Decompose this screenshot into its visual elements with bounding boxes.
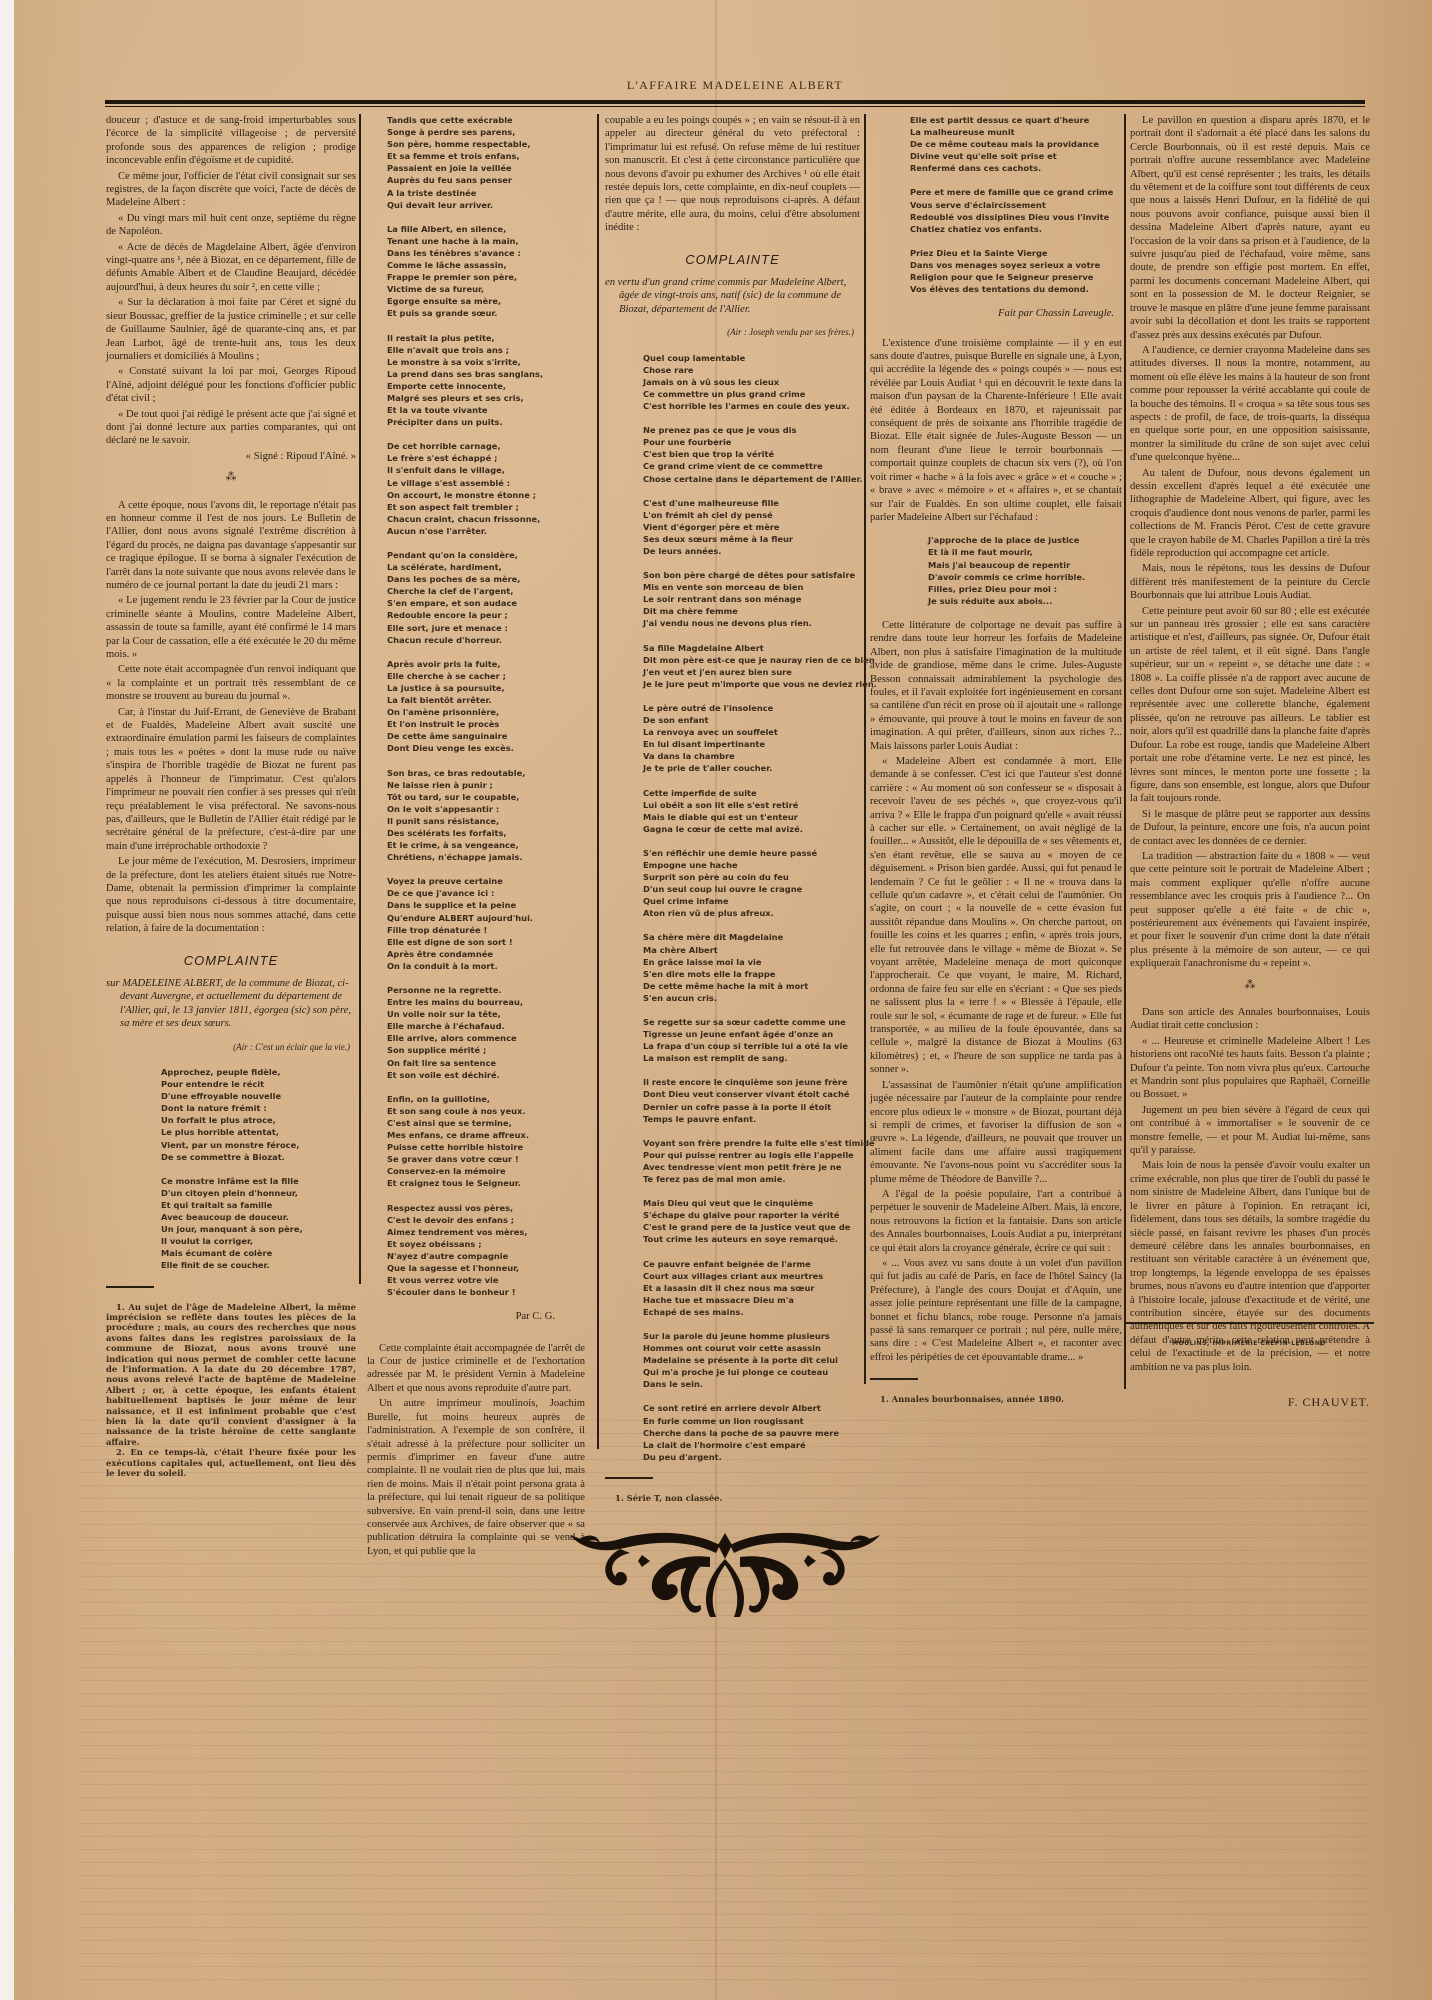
verse-line: Il reste encore le cinquième son jeune f…	[643, 1076, 860, 1088]
bleed-through-text	[80, 1420, 1370, 1980]
paragraph: Cette complainte était accompagnée de l'…	[367, 1342, 585, 1396]
verse-line: En grâce laisse moi la vie	[643, 956, 860, 968]
verse-line: Se regette sur sa sœur cadette comme une	[643, 1016, 860, 1028]
verse-line: Je te prie de t'aller coucher.	[643, 762, 860, 774]
paragraph: Le jour même de l'exécution, M. Desrosie…	[106, 855, 356, 935]
stanza: Il reste encore le cinquième son jeune f…	[643, 1076, 860, 1124]
verse-line: De leurs années.	[643, 545, 860, 557]
verse-line: Son bras, ce bras redoutable,	[387, 767, 585, 779]
verse-line: Le frère s'est échappé ;	[387, 452, 585, 464]
column-5: Le pavillon en question a disparu après …	[1130, 114, 1370, 1409]
verse-line: Hache tue et massacre Dieu m'a	[643, 1294, 860, 1306]
verse-line: Frappe le premier son père,	[387, 271, 585, 283]
verse-line: C'est le devoir des enfans ;	[387, 1214, 585, 1226]
verse-line: Le soir rentrant dans son ménage	[643, 593, 860, 605]
verse-line: N'ayez d'autre compagnie	[387, 1250, 585, 1262]
paragraph: A l'audience, ce dernier crayonna Madele…	[1130, 344, 1370, 465]
stanza: Sa chère mère dit MagdelaineMa chère Alb…	[643, 931, 860, 1004]
verse-line: Son père, homme respectable,	[387, 138, 585, 150]
section-break-dinkus: ⁂	[1130, 979, 1370, 992]
verse-line: S'échape du glaive pour raporter la véri…	[643, 1209, 860, 1221]
col5-paragraphs: Le pavillon en question a disparu après …	[1130, 114, 1370, 971]
verse-line: De cette âme sanguinaire	[387, 730, 585, 742]
verse-line: Madelaine se présente à la porte dit cel…	[643, 1354, 860, 1366]
verse-line: Auprès du feu sans penser	[387, 174, 585, 186]
verse-line: Religion pour que le Seigneur preserve	[910, 271, 1122, 283]
verse-line: C'est le grand pere de la justice veut q…	[643, 1221, 860, 1233]
col3-paragraphs: coupable a eu les poings coupés » ; en v…	[605, 114, 860, 235]
verse-line: Redouble encore la peur ;	[387, 609, 585, 621]
scan-margin	[0, 0, 14, 2000]
verse-line: Le plus horrible attentat,	[161, 1126, 356, 1138]
verse-line: Gagna le cœur de cette mal avizé.	[643, 823, 860, 835]
verse-line: Mais Dieu qui veut que le cinquième	[643, 1197, 860, 1209]
verse-line: Le village s'est assemblé :	[387, 477, 585, 489]
verse-line: Des scélérats les forfaits,	[387, 827, 585, 839]
col1-poem: Approchez, peuple fidèle,Pour entendre l…	[106, 1066, 356, 1272]
verse-line: Elle est digne de son sort !	[387, 936, 585, 948]
stanza: Se regette sur sa sœur cadette comme une…	[643, 1016, 860, 1064]
paragraph: Le pavillon en question a disparu après …	[1130, 114, 1370, 342]
verse-line: Chacun craint, chacun frissonne,	[387, 513, 585, 525]
verse-line: Fille trop dénaturée !	[387, 924, 585, 936]
footnote-rule	[870, 1378, 918, 1380]
paragraph: 1. Série T, non classée.	[605, 1493, 860, 1503]
verse-line: Un forfait le plus atroce,	[161, 1114, 356, 1126]
column-rule	[597, 114, 599, 1449]
verse-line: Aton rien vû de plus afreux.	[643, 907, 860, 919]
paragraph: Ce même jour, l'officier de l'état civil…	[106, 170, 356, 210]
verse-line: Et là il me faut mourir,	[928, 546, 1122, 558]
stanza: La fille Albert, en silence,Tenant une h…	[387, 223, 585, 320]
verse-line: Dit mon père est-ce que je nauray rien d…	[643, 654, 860, 666]
verse-line: Ce sont retiré en arriere devoir Albert	[643, 1402, 860, 1414]
verse-line: En furie comme un lion rougissant	[643, 1415, 860, 1427]
verse-line: C'est ainsi que se termine,	[387, 1117, 585, 1129]
verse-line: Qu'endure ALBERT aujourd'hui.	[387, 912, 585, 924]
verse-line: Echapé de ses mains.	[643, 1306, 860, 1318]
verse-line: De cet horrible carnage,	[387, 440, 585, 452]
stanza: Ce sont retiré en arriere devoir AlbertE…	[643, 1402, 860, 1462]
verse-line: Que la sagesse et l'honneur,	[387, 1262, 585, 1274]
col5-paragraphs-2: Dans son article des Annales bourbonnais…	[1130, 1006, 1370, 1374]
verse-line: Jamais on à vû sous les cieux	[643, 376, 860, 388]
verse-line: Dont Dieu veut conserver vivant étoit ca…	[643, 1088, 860, 1100]
complainte-subtitle: en vertu d'un grand crime commis par Mad…	[605, 276, 860, 316]
running-header: L'AFFAIRE MADELEINE ALBERT	[105, 78, 1365, 108]
verse-line: Personne ne la regrette.	[387, 984, 585, 996]
complainte-subtitle: sur MADELEINE ALBERT, de la commune de B…	[106, 977, 356, 1031]
paragraph: Cette littérature de colportage ne devai…	[870, 619, 1122, 753]
paragraph: « Du vingt mars mil huit cent onze, sept…	[106, 212, 356, 239]
verse-line: J'en veut et j'en aurez bien sure	[643, 666, 860, 678]
verse-line: S'en réfléchir une demie heure passé	[643, 847, 860, 859]
verse-line: Et craignez tous le Seigneur.	[387, 1177, 585, 1189]
verse-line: Pour une fourberie	[643, 436, 860, 448]
verse-line: Pour entendre le récit	[161, 1078, 356, 1090]
verse-line: Mis en vente son morceau de bien	[643, 581, 860, 593]
col2-paragraphs: Cette complainte était accompagnée de l'…	[367, 1342, 585, 1559]
verse-line: Mes enfans, ce drame affreux.	[387, 1129, 585, 1141]
stanza: Pere et mere de famille que ce grand cri…	[910, 186, 1122, 234]
verse-line: Il restait la plus petite,	[387, 332, 585, 344]
paragraph: « Sur la déclaration à moi faite par Cér…	[106, 296, 356, 363]
paragraph: Si le masque de plâtre peut se rapporter…	[1130, 808, 1370, 848]
civil-record-signature: « Signé : Ripoud l'Aîné. »	[106, 450, 356, 463]
verse-line: La prend dans ses bras sanglans,	[387, 368, 585, 380]
verse-line: Je le jure peut m'importe que vous ne de…	[643, 678, 860, 690]
col2-poem: Tandis que cette exécrableSonge à perdre…	[367, 114, 585, 1298]
stanza: Il restait la plus petite,Elle n'avait q…	[387, 332, 585, 429]
verse-line: Et qui traitait sa famille	[161, 1199, 356, 1211]
col1-paragraphs: douceur ; d'astuce et de sang-froid impe…	[106, 114, 356, 448]
verse-line: L'on frémit ah ciel dy pensé	[643, 509, 860, 521]
col1-footnotes: 1. Au sujet de l'âge de Madeleine Albert…	[106, 1302, 356, 1479]
paragraph: « Madeleine Albert est condamnée à mort.…	[870, 755, 1122, 1077]
verse-line: Elle marche à l'échafaud.	[387, 1020, 585, 1032]
paragraph: A l'égal de la poésie populaire, l'art a…	[870, 1188, 1122, 1255]
verse-line: Après avoir pris la fuite,	[387, 658, 585, 670]
verse-line: Vos élèves des tentations du demond.	[910, 283, 1122, 295]
verse-line: Elle n'avait que trois ans ;	[387, 344, 585, 356]
col1-paragraphs-2: A cette époque, nous l'avons dit, le rep…	[106, 499, 356, 936]
verse-line: Et a lasasin dit il chez nous ma sœur	[643, 1282, 860, 1294]
author-signature: F. CHAUVET.	[1130, 1396, 1370, 1409]
paragraph: L'existence d'une troisième complainte —…	[870, 337, 1122, 525]
verse-line: Empogne une hache	[643, 859, 860, 871]
paragraph: « Acte de décès de Magdelaine Albert, âg…	[106, 241, 356, 295]
verse-line: Pere et mere de famille que ce grand cri…	[910, 186, 1122, 198]
header-rule	[105, 100, 1365, 104]
verse-line: Renfermé dans ces cachots.	[910, 162, 1122, 174]
verse-line: Cherche la clef de l'argent,	[387, 585, 585, 597]
verse-line: Son supplice mérité ;	[387, 1044, 585, 1056]
verse-line: Il voulut la corriger,	[161, 1235, 356, 1247]
col3-poem: Quel coup lamentableChose rareJamais on …	[605, 352, 860, 1463]
verse-line: Ce commettre un plus grand crime	[643, 388, 860, 400]
verse-line: Victime de sa fureur,	[387, 283, 585, 295]
verse-line: Et soyez obéissans ;	[387, 1238, 585, 1250]
verse-line: D'un citoyen plein d'honneur,	[161, 1187, 356, 1199]
paragraph: « ... Vous avez vu sans doute à un volet…	[870, 1257, 1122, 1364]
verse-line: On l'amène prisonnière,	[387, 706, 585, 718]
verse-line: S'en empare, et son audace	[387, 597, 585, 609]
verse-line: Comme le lâche assassin,	[387, 259, 585, 271]
verse-line: Pendant qu'on la considère,	[387, 549, 585, 561]
fleuron-ornament-icon	[560, 1525, 890, 1625]
verse-line: Sur la parole du jeune homme plusieurs	[643, 1330, 860, 1342]
verse-line: Elle finit de se coucher.	[161, 1259, 356, 1271]
verse-line: De se commettre à Biozat.	[161, 1151, 356, 1163]
verse-line: De son enfant	[643, 714, 860, 726]
column-3: coupable a eu les poings coupés » ; en v…	[605, 114, 860, 1503]
verse-line: Chose rare	[643, 364, 860, 376]
verse-line: Ne prenez pas ce que je vous dis	[643, 424, 860, 436]
col3-footnotes: 1. Série T, non classée.	[605, 1493, 860, 1503]
verse-line: J'ai vendu nous ne devons plus rien.	[643, 617, 860, 629]
verse-line: Ce pauvre enfant beignée de l'arme	[643, 1258, 860, 1270]
verse-line: Enfin, on la guillotine,	[387, 1093, 585, 1105]
stanza: Voyez la preuve certaineDe ce que j'avan…	[387, 875, 585, 972]
stanza: Son bon père chargé de dêtes pour satisf…	[643, 569, 860, 629]
verse-line: Et la va toute vivante	[387, 404, 585, 416]
paragraph: coupable a eu les poings coupés » ; en v…	[605, 114, 860, 235]
verse-line: Un jour, manquant à son père,	[161, 1223, 356, 1235]
col4-paragraphs-2: Cette littérature de colportage ne devai…	[870, 619, 1122, 1364]
stanza: Voyant son frère prendre la fuite elle s…	[643, 1137, 860, 1185]
column-rule	[864, 114, 866, 1384]
column-rule	[359, 114, 361, 1284]
verse-line: Ce monstre infâme est la fille	[161, 1175, 356, 1187]
verse-line: Cette imperfide de suite	[643, 787, 860, 799]
stanza: Ce pauvre enfant beignée de l'armeCourt …	[643, 1258, 860, 1318]
verse-line: Vient d'égorger père et mère	[643, 521, 860, 533]
stanza: Personne ne la regrette.Entre les mains …	[387, 984, 585, 1081]
stanza: Enfin, on la guillotine,Et son sang coul…	[387, 1093, 585, 1190]
verse-line: S'écouler dans le bonheur !	[387, 1286, 585, 1298]
verse-line: Et son voile est déchiré.	[387, 1069, 585, 1081]
stanza: Quel coup lamentableChose rareJamais on …	[643, 352, 860, 412]
printer-imprint: MOULINS, IMPRIMERIE CRÉPIN-LEBLOND	[1124, 1340, 1374, 1347]
verse-line: Ce grand crime vient de ce commettre	[643, 460, 860, 472]
verse-line: Dont Dieu venge les excès.	[387, 742, 585, 754]
verse-line: La fait bientôt arrêter.	[387, 694, 585, 706]
paragraph: douceur ; d'astuce et de sang-froid impe…	[106, 114, 356, 168]
col4-final-stanza: J'approche de la place de justiceEt là i…	[870, 534, 1122, 607]
verse-line: Approchez, peuple fidèle,	[161, 1066, 356, 1078]
header-rule-thin	[105, 106, 1365, 107]
stanza: Sur la parole du jeune homme plusieursHo…	[643, 1330, 860, 1390]
verse-line: La maison est remplit de sang.	[643, 1052, 860, 1064]
column-rule	[1124, 114, 1126, 1389]
verse-line: Tenant une hache à la main,	[387, 235, 585, 247]
stanza: Son bras, ce bras redoutable,Ne laisse r…	[387, 767, 585, 864]
verse-line: Et son aspect fait trembler ;	[387, 501, 585, 513]
paragraph: « De tout quoi j'ai rédigé le présent ac…	[106, 408, 356, 448]
verse-line: Priez Dieu et la Sainte Vierge	[910, 247, 1122, 259]
verse-line: Chatiez chatiez vos enfants.	[910, 223, 1122, 235]
verse-line: Qui m'a proche je lui plonge ce couteau	[643, 1366, 860, 1378]
verse-line: Son bon père chargé de dêtes pour satisf…	[643, 569, 860, 581]
paragraph: 1. Annales bourbonnaises, année 1890.	[870, 1394, 1122, 1404]
verse-line: Elle cherche à se cacher ;	[387, 670, 585, 682]
verse-line: Pour qui puisse rentrer au logis elle l'…	[643, 1149, 860, 1161]
paragraph: 1. Au sujet de l'âge de Madeleine Albert…	[106, 1302, 356, 1448]
verse-line: Emporte cette innocente,	[387, 380, 585, 392]
verse-line: Le monstre à sa voix s'irrite,	[387, 356, 585, 368]
verse-line: Surprit son père au coin du feu	[643, 871, 860, 883]
verse-line: Mais j'ai beaucoup de repentir	[928, 559, 1122, 571]
verse-line: Qui devait leur arriver.	[387, 199, 585, 211]
section-break-dinkus: ⁂	[106, 471, 356, 484]
verse-line: Dans les ténèbres s'avance :	[387, 247, 585, 259]
stanza: S'en réfléchir une demie heure passéEmpo…	[643, 847, 860, 920]
verse-line: Redoublé vos dissiplines Dieu vous l'inv…	[910, 211, 1122, 223]
verse-line: Tandis que cette exécrable	[387, 114, 585, 126]
stanza: Approchez, peuple fidèle,Pour entendre l…	[161, 1066, 356, 1163]
footnote-rule	[605, 1477, 653, 1479]
verse-line: Elle est partit dessus ce quart d'heure	[910, 114, 1122, 126]
stanza: Sa fille Magdelaine AlbertDit mon père e…	[643, 642, 860, 690]
paragraph: L'assassinat de l'aumônier n'était qu'un…	[870, 1079, 1122, 1186]
stanza: Mais Dieu qui veut que le cinquièmeS'éch…	[643, 1197, 860, 1245]
verse-line: Et l'on instruit le procès	[387, 718, 585, 730]
paragraph: Cette note était accompagnée d'un renvoi…	[106, 663, 356, 703]
verse-line: Précipiter dans un puits.	[387, 416, 585, 428]
verse-line: Egorge ensuite sa mère,	[387, 295, 585, 307]
verse-line: Voyant son frère prendre la fuite elle s…	[643, 1137, 860, 1149]
verse-line: On accourt, le monstre étonne ;	[387, 489, 585, 501]
verse-line: Un voile noir sur la tête,	[387, 1008, 585, 1020]
verse-line: Dont la nature frémit :	[161, 1102, 356, 1114]
complainte-air: (Air : C'est un éclair que la vie.)	[106, 1041, 350, 1054]
verse-line: D'avoir commis ce crime horrible.	[928, 571, 1122, 583]
verse-line: Chose certaine dans le département de l'…	[643, 473, 860, 485]
paragraph: Au talent de Dufour, nous devons égaleme…	[1130, 467, 1370, 561]
paragraph: « Constaté suivant la loi par moi, Georg…	[106, 365, 356, 405]
page-title: L'AFFAIRE MADELEINE ALBERT	[105, 78, 1365, 93]
verse-line: C'est horrible les l'armes en coule des …	[643, 400, 860, 412]
col4-footnotes: 1. Annales bourbonnaises, année 1890.	[870, 1394, 1122, 1404]
verse-line: Tigresse un jeune enfant âgée d'onze an	[643, 1028, 860, 1040]
verse-line: Elle arrive, alors commence	[387, 1032, 585, 1044]
verse-line: On fait lire sa sentence	[387, 1057, 585, 1069]
verse-line: D'un seul coup lui ouvre le cragne	[643, 883, 860, 895]
verse-line: Dit ma chère femme	[643, 605, 860, 617]
verse-line: Après être condamnée	[387, 948, 585, 960]
verse-line: D'une effroyable nouvelle	[161, 1090, 356, 1102]
paragraph: Cette peinture peut avoir 60 sur 80 ; el…	[1130, 605, 1370, 806]
verse-line: Lui obéit a son lit elle s'est retiré	[643, 799, 860, 811]
verse-line: C'est d'une malheureuse fille	[643, 497, 860, 509]
verse-line: Quel coup lamentable	[643, 352, 860, 364]
paragraph: Mais, nous le répétons, tous les dessins…	[1130, 562, 1370, 602]
verse-line: Du peu d'argent.	[643, 1451, 860, 1463]
verse-line: Chrétiens, n'échappe jamais.	[387, 851, 585, 863]
col4-paragraphs: L'existence d'une troisième complainte —…	[870, 337, 1122, 525]
verse-line: Et vous verrez votre vie	[387, 1274, 585, 1286]
verse-line: La justice à sa poursuite,	[387, 682, 585, 694]
verse-line: De cette même hache la mit à mort	[643, 980, 860, 992]
stanza: Cette imperfide de suiteLui obéit a son …	[643, 787, 860, 835]
verse-line: Le père outré de l'insolence	[643, 702, 860, 714]
stanza: C'est d'une malheureuse filleL'on frémit…	[643, 497, 860, 557]
verse-line: Divine veut qu'elle soit prise et	[910, 150, 1122, 162]
verse-line: Elle sort, jure et menace :	[387, 622, 585, 634]
stanza: Elle est partit dessus ce quart d'heureL…	[910, 114, 1122, 174]
verse-line: La renvoya avec un souffelet	[643, 726, 860, 738]
verse-line: Te ferez pas de mal mon amie.	[643, 1173, 860, 1185]
complainte-heading: COMPLAINTE	[106, 954, 356, 967]
verse-line: Tôt ou tard, sur le coupable,	[387, 791, 585, 803]
verse-line: Je suis réduite aux abois...	[928, 595, 1122, 607]
verse-line: Il s'enfuit dans le village,	[387, 464, 585, 476]
verse-line: Temps le pauvre enfant.	[643, 1113, 860, 1125]
verse-line: La clait de l'hormoire c'est emparé	[643, 1439, 860, 1451]
verse-line: S'en dire mots elle la frappe	[643, 968, 860, 980]
verse-line: En lui disant impertinante	[643, 738, 860, 750]
paragraph: 2. En ce temps-là, c'était l'heure fixée…	[106, 1447, 356, 1478]
verse-line: C'est bien que trop la vérité	[643, 448, 860, 460]
verse-line: Aimez tendrement vos mères,	[387, 1226, 585, 1238]
column-4: Elle est partit dessus ce quart d'heureL…	[870, 114, 1122, 1405]
verse-line: Respectez aussi vos pères,	[387, 1202, 585, 1214]
verse-line: De ce que j'avance ici :	[387, 887, 585, 899]
verse-line: Vous serve d'éclaircissement	[910, 199, 1122, 211]
verse-line: Et sa femme et trois enfans,	[387, 150, 585, 162]
stanza: J'approche de la place de justiceEt là i…	[928, 534, 1122, 607]
verse-line: Entre les mains du bourreau,	[387, 996, 585, 1008]
verse-line: Vient, par un monstre féroce,	[161, 1139, 356, 1151]
imprint-rule	[1124, 1322, 1374, 1324]
verse-line: Aucun n'ose l'arrêter.	[387, 525, 585, 537]
verse-line: Il punit sans résistance,	[387, 815, 585, 827]
verse-line: Et son sang coule à nos yeux.	[387, 1105, 585, 1117]
paragraph: Un autre imprimeur moulinois, Joachim Bu…	[367, 1397, 585, 1558]
verse-line: Et puis sa grande sœur.	[387, 307, 585, 319]
verse-line: Ses deux sœurs même à la fleur	[643, 533, 860, 545]
stanza: Ce monstre infâme est la filleD'un citoy…	[161, 1175, 356, 1272]
verse-line: Avec tendresse vient mon petit frère je …	[643, 1161, 860, 1173]
verse-line: Puisse cette horrible histoire	[387, 1141, 585, 1153]
verse-line: Court aux villages criant aux meurtres	[643, 1270, 860, 1282]
paragraph: « Le jugement rendu le 23 février par la…	[106, 594, 356, 661]
footnote-rule	[106, 1286, 154, 1288]
verse-line: Conservez-en la mémoire	[387, 1165, 585, 1177]
verse-line: Va dans la chambre	[643, 750, 860, 762]
paragraph: A cette époque, nous l'avons dit, le rep…	[106, 499, 356, 593]
verse-line: La malheureuse munit	[910, 126, 1122, 138]
verse-line: Et le crime, à sa vengeance,	[387, 839, 585, 851]
verse-line: J'approche de la place de justice	[928, 534, 1122, 546]
verse-line: Voyez la preuve certaine	[387, 875, 585, 887]
verse-line: Cherche dans la poche de sa pauvre mere	[643, 1427, 860, 1439]
stanza: Après avoir pris la fuite,Elle cherche à…	[387, 658, 585, 755]
verse-line: Mais le diable qui est un t'enteur	[643, 811, 860, 823]
verse-line: On le voit s'appesantir :	[387, 803, 585, 815]
paragraph: La tradition — abstraction faite du « 18…	[1130, 850, 1370, 971]
complainte-air: (Air : Joseph vendu par ses frères.)	[605, 326, 854, 339]
column-2: Tandis que cette exécrableSonge à perdre…	[367, 114, 585, 1560]
poem-signature: Par C. G.	[367, 1310, 555, 1323]
verse-line: Dans vos menages soyez serieux a votre	[910, 259, 1122, 271]
paragraph: Jugement un peu bien sévère à l'égard de…	[1130, 1104, 1370, 1158]
stanza: Priez Dieu et la Sainte ViergeDans vos m…	[910, 247, 1122, 295]
col4-poem: Elle est partit dessus ce quart d'heureL…	[870, 114, 1122, 295]
poem-signature: Fait par Chassin Laveugle.	[870, 307, 1114, 320]
verse-line: Songe à perdre ses parens,	[387, 126, 585, 138]
verse-line: On la conduit à la mort.	[387, 960, 585, 972]
verse-line: Chacun recule d'horreur.	[387, 634, 585, 646]
verse-line: La fille Albert, en silence,	[387, 223, 585, 235]
verse-line: Avec beaucoup de douceur.	[161, 1211, 356, 1223]
verse-line: Se graver dans votre cœur !	[387, 1153, 585, 1165]
stanza: Le père outré de l'insolenceDe son enfan…	[643, 702, 860, 775]
verse-line: Dans le supplice et la peine	[387, 899, 585, 911]
verse-line: Tout crime les auteurs en soye remarqué.	[643, 1233, 860, 1245]
stanza: De cet horrible carnage,Le frère s'est é…	[387, 440, 585, 537]
paragraph: Car, à l'instar du Juif-Errant, de Genev…	[106, 706, 356, 853]
verse-line: Sa chère mère dit Magdelaine	[643, 931, 860, 943]
column-1: douceur ; d'astuce et de sang-froid impe…	[106, 114, 356, 1478]
paragraph: Dans son article des Annales bourbonnais…	[1130, 1006, 1370, 1033]
verse-line: Sa fille Magdelaine Albert	[643, 642, 860, 654]
verse-line: Malgré ses pleurs et ses cris,	[387, 392, 585, 404]
verse-line: Hommes ont courut voir cette asassin	[643, 1342, 860, 1354]
verse-line: Mais écumant de colère	[161, 1247, 356, 1259]
verse-line: Dernier un cofre passe à la porte il éto…	[643, 1101, 860, 1113]
verse-line: Ne laisse rien à punir ;	[387, 779, 585, 791]
